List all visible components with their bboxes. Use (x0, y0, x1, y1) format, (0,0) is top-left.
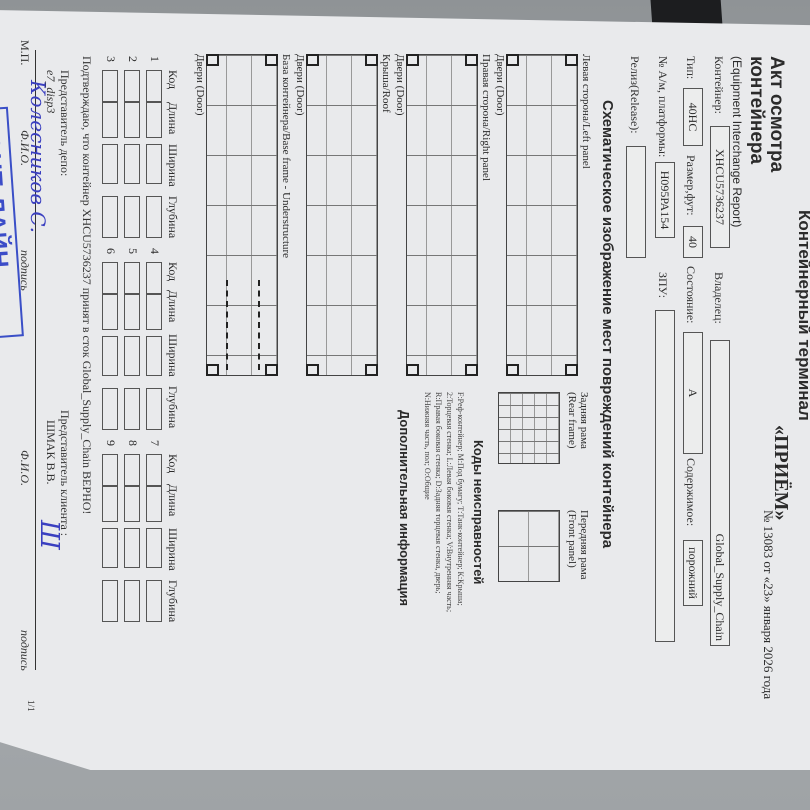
terminal-name: «ПРИЁМ» (769, 425, 792, 521)
damage-cell (102, 528, 118, 568)
size-field: 40 (683, 226, 703, 258)
damage-cell (146, 528, 162, 568)
col-code: Код (165, 454, 180, 473)
col-width: Ширина (165, 144, 180, 187)
damage-cell (146, 144, 162, 184)
row-number: 7 (147, 440, 162, 446)
state-field: A (683, 332, 703, 454)
type-label: Тип: (683, 56, 698, 79)
damage-cell (124, 102, 140, 138)
panel-label-right: Правая сторона/Right panel (480, 54, 492, 181)
act-subtitle: (Equipment Interchange Report) (730, 56, 744, 227)
fault-codes-title: Коды неисправностей (471, 440, 486, 584)
damage-cell (102, 336, 118, 376)
zpu-label: ЗПУ: (655, 272, 670, 298)
row-number: 5 (125, 248, 140, 254)
release-field (626, 146, 646, 258)
damage-cell (102, 294, 118, 330)
client-rep-name: ШМАК В.В. (43, 420, 58, 484)
corner-fitting (306, 364, 319, 376)
damage-cell (124, 580, 140, 622)
page-number: 1/1 (26, 700, 36, 712)
corner-fitting (206, 364, 219, 376)
damage-cell (124, 70, 140, 102)
damage-cell (124, 196, 140, 238)
damage-cell (102, 580, 118, 622)
right-panel-grid (406, 54, 478, 376)
zpu-field (655, 310, 675, 642)
damage-cell (124, 262, 140, 294)
damage-cell (146, 70, 162, 102)
size-label: Размер,фут: (683, 155, 698, 216)
fault-codes-list: F:Реф-контейнер; М:Под бумагу; Т:Танк-ко… (422, 392, 466, 632)
container-field: XHCU5736237 (710, 126, 730, 248)
panel-label-door: Двери (Door) (194, 54, 206, 116)
depot-rep-label: Представитель депо: (57, 70, 72, 176)
damage-cell (124, 144, 140, 184)
contents-label: Содержимое: (683, 458, 698, 526)
front-panel-grid (498, 510, 560, 582)
confirmation-text: Подтверждаю, что контейнер XHCU5736237 п… (79, 56, 94, 514)
corner-fitting (565, 364, 578, 376)
damage-cell (146, 580, 162, 622)
contents-field: порожний (683, 540, 703, 606)
damage-cell (102, 486, 118, 522)
damage-cell (102, 102, 118, 138)
roof-grid (306, 54, 378, 376)
corner-fitting (306, 54, 319, 66)
panel-label-base: База контейнера/Base frame - Understruct… (280, 54, 292, 258)
col-length: Длина (165, 102, 180, 134)
client-rep-label: Представитель клиента : (57, 410, 72, 536)
client-fio-label: Ф.И.О. (17, 450, 32, 486)
damage-cell (102, 262, 118, 294)
row-number: 3 (103, 56, 118, 62)
damage-cell (146, 294, 162, 330)
col-code: Код (165, 70, 180, 89)
row-number: 2 (125, 56, 140, 62)
corner-fitting (565, 54, 578, 66)
crossmember-line (258, 280, 260, 370)
crossmember-line (226, 280, 228, 370)
damage-cell (124, 294, 140, 330)
damage-cell (102, 144, 118, 184)
platform-label: № А/м, платформы: (655, 56, 670, 157)
rear-frame-grid (498, 392, 560, 464)
damage-cell (102, 454, 118, 486)
col-width: Ширина (165, 334, 180, 377)
act-title: Акт осмотра контейнера (746, 56, 786, 176)
col-length: Длина (165, 484, 180, 516)
row-number: 4 (147, 248, 162, 254)
corner-fitting (406, 54, 419, 66)
corner-fitting (265, 364, 278, 376)
row-number: 6 (103, 248, 118, 254)
damage-cell (124, 454, 140, 486)
panel-label-roof: Крыша/Roof (380, 54, 392, 113)
fault-code-line: F:Реф-контейнер; М:Под бумагу; Т:Танк-ко… (455, 392, 466, 632)
panel-label-door: Двери (Door) (394, 54, 406, 116)
schematic-title: Схематическое изображение мест поврежден… (599, 100, 616, 548)
corner-fitting (465, 54, 478, 66)
row-number: 8 (125, 440, 140, 446)
damage-cell (124, 486, 140, 522)
fault-code-line: 2:Торцевая стенка; L:Левая боковая стенк… (444, 392, 455, 632)
owner-label: Владелец: (711, 272, 726, 324)
front-panel-label: Передняя рама (Front panel) (566, 510, 590, 590)
damage-cell (146, 336, 162, 376)
panel-label-door: Двери (Door) (494, 54, 506, 116)
rear-frame-label: Задняя рама (Rear frame) (566, 392, 590, 462)
row-number: 1 (147, 56, 162, 62)
corner-fitting (265, 54, 278, 66)
damage-cell (146, 102, 162, 138)
damage-cell (146, 262, 162, 294)
damage-cell (102, 388, 118, 430)
damage-cell (124, 528, 140, 568)
damage-cell (102, 70, 118, 102)
damage-cell (124, 336, 140, 376)
corner-fitting (506, 54, 519, 66)
depot-handwritten-name: Колесников С. (26, 80, 50, 233)
fault-code-line: N:Нижняя часть, пол; О:Общие (422, 392, 433, 632)
damage-cell (146, 454, 162, 486)
col-length: Длина (165, 290, 180, 322)
platform-field: Н095РА154 (655, 162, 675, 238)
type-field: 40HC (683, 88, 703, 146)
fault-code-line: R:Правая боковая стенка; D:Задняя торцев… (433, 392, 444, 632)
owner-field: Global_Supply_Chain (710, 340, 730, 646)
damage-cell (102, 196, 118, 238)
damage-cell (146, 486, 162, 522)
col-depth: Глубина (165, 386, 180, 428)
corner-fitting (365, 54, 378, 66)
corner-fitting (506, 364, 519, 376)
col-depth: Глубина (165, 580, 180, 622)
inspection-act-page: Контейнерный терминал «ПРИЁМ» Акт осмотр… (16, 40, 810, 720)
row-number: 9 (103, 440, 118, 446)
corner-fitting (365, 364, 378, 376)
col-width: Ширина (165, 528, 180, 571)
release-label: Релиз(Release): (627, 56, 642, 134)
col-code: Код (165, 262, 180, 281)
panel-label-left: Левая сторона/Left panel (580, 54, 592, 169)
document-number: № 13083 от «23» января 2026 года (760, 510, 776, 699)
additional-info-title: Дополнительная информация (397, 410, 412, 606)
mp-label: М.П. (17, 40, 32, 65)
client-signature: Ш (34, 520, 64, 550)
left-panel-grid (506, 54, 578, 376)
document-photo: Контейнерный терминал «ПРИЁМ» Акт осмотр… (0, 10, 792, 770)
terminal-title: Контейнерный терминал (794, 210, 810, 421)
damage-cell (124, 388, 140, 430)
corner-fitting (465, 364, 478, 376)
damage-cell (146, 196, 162, 238)
container-label: Контейнер: (711, 56, 726, 114)
state-label: Состояние: (683, 266, 698, 324)
corner-fitting (206, 54, 219, 66)
corner-fitting (406, 364, 419, 376)
damage-cell (146, 388, 162, 430)
base-frame-grid (206, 54, 278, 376)
col-depth: Глубина (165, 196, 180, 238)
client-sign-label: подпись (17, 630, 32, 671)
panel-label-door: Двери (Door) (294, 54, 306, 116)
